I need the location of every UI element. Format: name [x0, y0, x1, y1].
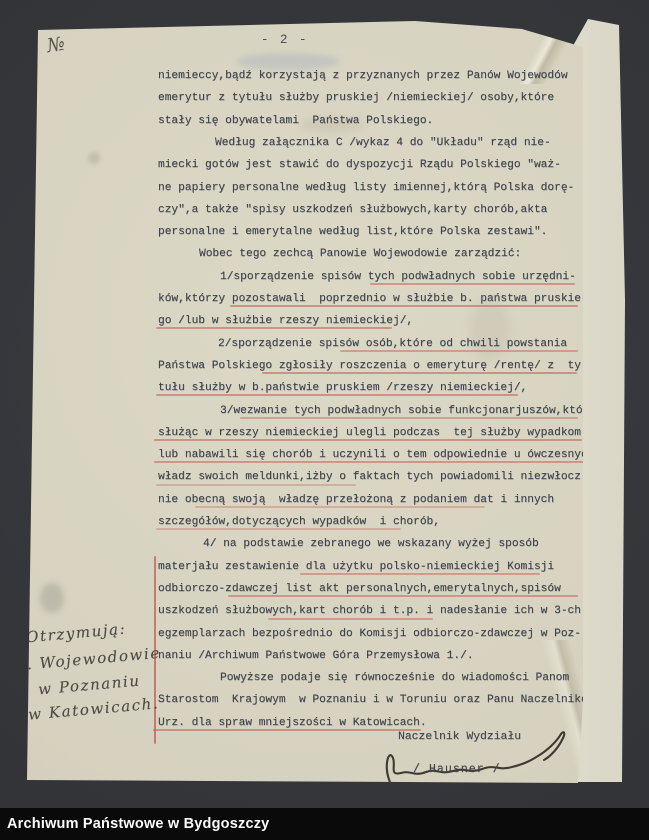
text-line: służąc w rzeszy niemieckiej ulegli podcz… — [158, 426, 581, 440]
handwritten-note-line: w Poznaniu — [37, 672, 141, 699]
text-line: 4/ na podstawie zebranego we wskazany wy… — [203, 537, 539, 551]
text-line: naniu /Archiwum Państwowe Góra Przemysło… — [158, 649, 474, 663]
paper-stain — [88, 152, 100, 164]
text-line: Starostom Krajowym w Poznaniu i w Toruni… — [158, 693, 601, 707]
paper-stain — [40, 583, 64, 613]
text-line: szczegółów,dotyczących wypadków i chorób… — [158, 515, 440, 529]
handwritten-note-line: Otrzymują: — [25, 620, 127, 647]
text-line: miecki gotów jest stawić do dyspozycji R… — [158, 158, 561, 172]
archive-scan-viewer[interactable]: № - 2 - niemieccy,bądź korzystają z przy… — [0, 0, 649, 840]
text-line: Wobec tego zechcą Panowie Wojewodowie za… — [199, 247, 521, 261]
text-line: tułu służby w b.państwie pruskiem /rzesz… — [158, 381, 527, 395]
page-number: - 2 - — [261, 33, 309, 47]
red-underline — [268, 618, 433, 620]
text-line: lub nabawili się chorób i uczynili o tem… — [158, 448, 594, 462]
ink-smudge — [236, 53, 340, 70]
text-line: go /lub w służbie rzeszy niemieckiej/, — [158, 314, 413, 328]
handwritten-note-line: P. Wojewodowie — [17, 644, 161, 674]
signatory-name: / Hausner / — [413, 763, 501, 776]
text-line: Powyższe podaje się równocześnie do wiad… — [220, 671, 569, 685]
text-line: 1/sporządzenie spisów tych podwładnych s… — [220, 270, 576, 284]
text-line: stały się obywatelami Państwa Polskiego. — [158, 114, 433, 128]
text-line: Państwa Polskiego zgłosiły roszczenia o … — [158, 359, 588, 373]
text-line: uszkodzeń służbowych,kart chorób i t.p. … — [158, 604, 581, 618]
text-line: nie obecną swoją władzę przełożoną z pod… — [158, 493, 554, 507]
signature-scribble — [370, 726, 585, 786]
text-line: czy",a także "spisy uszkodzeń służbowych… — [158, 203, 547, 217]
text-line: Według załącznika C /wykaz 4 do "Układu"… — [215, 136, 551, 150]
archive-name: Archiwum Państwowe w Bydgoszczy — [0, 816, 269, 832]
paper-stain — [470, 300, 510, 360]
handwritten-note-line: w Katowicach. — [27, 694, 160, 723]
archive-footer-bar: Archiwum Państwowe w Bydgoszczy — [0, 808, 649, 840]
text-line: niemieccy,bądź korzystają z przyznanych … — [158, 69, 568, 83]
text-line: ków,którzy pozostawali poprzednio w służ… — [158, 292, 588, 306]
document-page: № - 2 - niemieccy,bądź korzystają z przy… — [0, 0, 649, 840]
text-line: materjału zestawienie dla użytku polsko-… — [158, 560, 554, 574]
text-line: 3/wezwanie tych podwładnych sobie funkcj… — [220, 404, 603, 418]
text-line: ne papiery personalne według listy imien… — [158, 181, 574, 195]
text-line: emerytur z tytułu służby pruskiej /niemi… — [158, 91, 554, 105]
text-line: odbiorczo-zdawczej list akt personalnych… — [158, 582, 561, 596]
text-line: personalne i emerytalne według list,któr… — [158, 225, 547, 239]
text-line: 2/sporządzenie spisów osób,które od chwi… — [218, 337, 567, 351]
text-line: władz swoich meldunki,iżby o faktach tyc… — [158, 470, 588, 484]
handwritten-number-mark: № — [45, 33, 65, 57]
text-line: egzemplarzach bezpośrednio do Komisji od… — [158, 627, 581, 641]
